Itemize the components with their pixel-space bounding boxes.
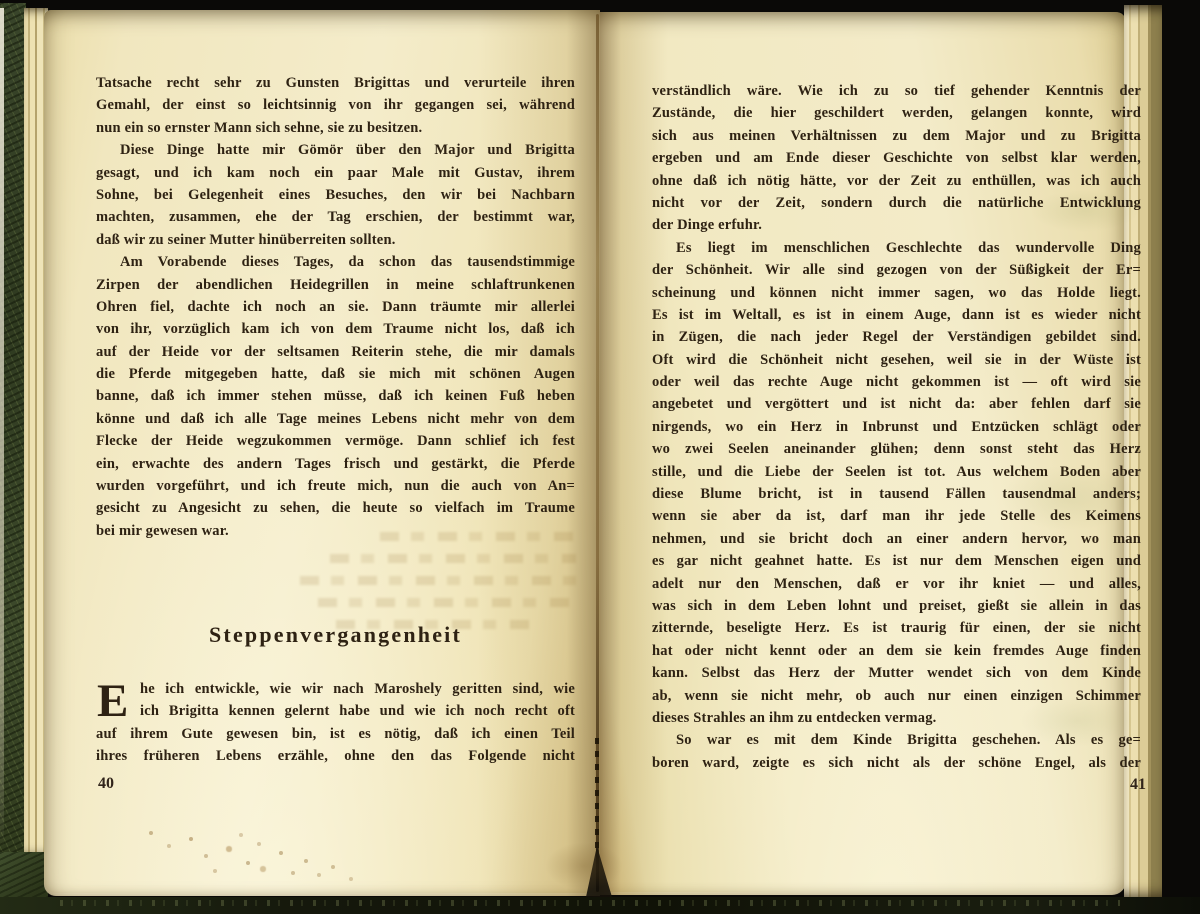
chapter-opening-paragraph: he ich entwickle, wie wir nach Maroshely… bbox=[96, 678, 575, 768]
text-line: Diese Dinge hatte mir Gömör über den Maj… bbox=[96, 139, 575, 161]
text-line: Am Vorabende dieses Tages, da schon das … bbox=[96, 251, 575, 273]
text-line: Flecke der Heide wegzukommen vermöge. Da… bbox=[96, 430, 575, 452]
text-line: Tatsache recht sehr zu Gunsten Brigittas… bbox=[96, 72, 575, 94]
text-line: der Schönheit. Wir alle sind gezogen von… bbox=[652, 259, 1141, 281]
text-line: Es ist im Weltall, es ist in einem Auge,… bbox=[652, 304, 1141, 326]
right-page-text-column: verständlich wäre. Wie ich zu so tief ge… bbox=[652, 80, 1141, 774]
text-line: hat oder nicht kennt oder an dem sie kei… bbox=[652, 640, 1141, 662]
text-line: ab, wenn sie nicht mehr, ob auch nur ein… bbox=[652, 685, 1141, 707]
scan-edge-highlight bbox=[0, 8, 4, 848]
book-cover-right-edge bbox=[1158, 0, 1200, 914]
text-line: von ihr, vorzüglich kam ich von dem Trau… bbox=[96, 318, 575, 340]
text-line: angebetet und vergöttert und ist nicht d… bbox=[652, 393, 1141, 415]
text-line: nun ein so ernster Mann sich sehne, sie … bbox=[96, 117, 575, 139]
text-line: bei mir gewesen war. bbox=[96, 520, 575, 542]
text-line: in Zügen, die nach jeder Regel der Verst… bbox=[652, 326, 1141, 348]
text-line: scheinung und können nicht immer sagen, … bbox=[652, 282, 1141, 304]
text-line: gesicht zu Angesicht zu sehen, die heute… bbox=[96, 497, 575, 519]
text-line: ich Brigitta kennen gelernt habe und wie… bbox=[96, 700, 575, 722]
page-number-left: 40 bbox=[98, 775, 114, 793]
text-line: wenn sie aber da ist, darf man ihr jede … bbox=[652, 505, 1141, 527]
text-line: he ich entwickle, wie wir nach Maroshely… bbox=[96, 678, 575, 700]
text-line: machten, zusammen, ehe der Tag erschien,… bbox=[96, 206, 575, 228]
text-line: wo zwei Seelen aneinander glühen; denn s… bbox=[652, 438, 1141, 460]
text-line: dieses Strahles an ihm zu entdecken verm… bbox=[652, 707, 1141, 729]
text-line: ein, erwachte des andern Tages frisch un… bbox=[96, 453, 575, 475]
text-line: stille, und die Liebe der Seelen ist tot… bbox=[652, 461, 1141, 483]
text-line: Oft wird die Schönheit nicht gesehen, we… bbox=[652, 349, 1141, 371]
text-line: nehmen, und sie bricht doch an einer and… bbox=[652, 528, 1141, 550]
text-line: daß wir zu seiner Mutter hinüberreiten s… bbox=[96, 229, 575, 251]
text-line: ihres früheren Lebens erzähle, ohne den … bbox=[96, 745, 575, 767]
text-line: adelt nur den Menschen, daß er vor ihr k… bbox=[652, 573, 1141, 595]
text-line: Ohren fiel, dachte ich noch an sie. Dann… bbox=[96, 296, 575, 318]
text-line: auf der Heide vor der seltsamen Reiterin… bbox=[96, 341, 575, 363]
text-line: was sich in dem Leben lohnt und preiset,… bbox=[652, 595, 1141, 617]
text-line: es gar nicht geahnet hatte. Es ist nur d… bbox=[652, 550, 1141, 572]
text-line: ohne daß ich nötig hätte, vor der Zeit z… bbox=[652, 170, 1141, 192]
text-line: banne, daß ich immer stehen müsse, daß i… bbox=[96, 385, 575, 407]
foxing-spots bbox=[0, 0, 2, 2]
text-line: die Pferde mitgegeben hatte, daß sie mic… bbox=[96, 363, 575, 385]
text-line: gesagt, und ich kam noch ein paar Male m… bbox=[96, 162, 575, 184]
chapter-heading: Steppenvergangenheit bbox=[96, 624, 575, 646]
text-line: verständlich wäre. Wie ich zu so tief ge… bbox=[652, 80, 1141, 102]
text-line: ergeben und am Ende dieser Geschichte vo… bbox=[652, 147, 1141, 169]
text-line: nicht vor der Zeit, sondern durch die na… bbox=[652, 192, 1141, 214]
text-line: wurden vorgeführt, und ich freute mich, … bbox=[96, 475, 575, 497]
text-line: diese Blume bricht, ist in tausend Fälle… bbox=[652, 483, 1141, 505]
text-line: Es liegt im menschlichen Geschlechte das… bbox=[652, 237, 1141, 259]
text-line: So war es mit dem Kinde Brigitta gescheh… bbox=[652, 729, 1141, 751]
text-line: der Dinge erfuhr. bbox=[652, 214, 1141, 236]
drop-cap: E bbox=[97, 679, 129, 723]
left-page-text-column: Tatsache recht sehr zu Gunsten Brigittas… bbox=[96, 72, 575, 542]
text-line: boren ward, zeigte es sich nicht als der… bbox=[652, 752, 1141, 774]
text-line: Gemahl, der einst so leichtsinnig von ih… bbox=[96, 94, 575, 116]
page-number-right: 41 bbox=[1036, 776, 1146, 794]
text-line: Sohne, bei Gelegenheit eines Besuches, d… bbox=[96, 184, 575, 206]
text-line: kann. Selbst das Herz der Mutter wendet … bbox=[652, 662, 1141, 684]
text-line: könne und daß ich alle Tage meines Leben… bbox=[96, 408, 575, 430]
text-line: Zirpen der abendlichen Heidegrillen in m… bbox=[96, 274, 575, 296]
book-scan-photo: Tatsache recht sehr zu Gunsten Brigittas… bbox=[0, 0, 1200, 914]
stain-smudge bbox=[545, 842, 623, 890]
text-line: zitternde, beseligte Herz. Es ist trauri… bbox=[652, 617, 1141, 639]
text-line: oder weil das rechte Auge nicht gekommen… bbox=[652, 371, 1141, 393]
book-cover-bottom-edge bbox=[0, 897, 1200, 914]
binding-stitches bbox=[595, 738, 599, 850]
text-line: sich aus meinen Verhältnissen zu dem Maj… bbox=[652, 125, 1141, 147]
text-line: Zustände, die hier geschildert werden, g… bbox=[652, 102, 1141, 124]
text-line: auf ihrem Gute gewesen bin, ist es nötig… bbox=[96, 723, 575, 745]
text-line: nirgends, wo ein Herz in Inbrunst und En… bbox=[652, 416, 1141, 438]
